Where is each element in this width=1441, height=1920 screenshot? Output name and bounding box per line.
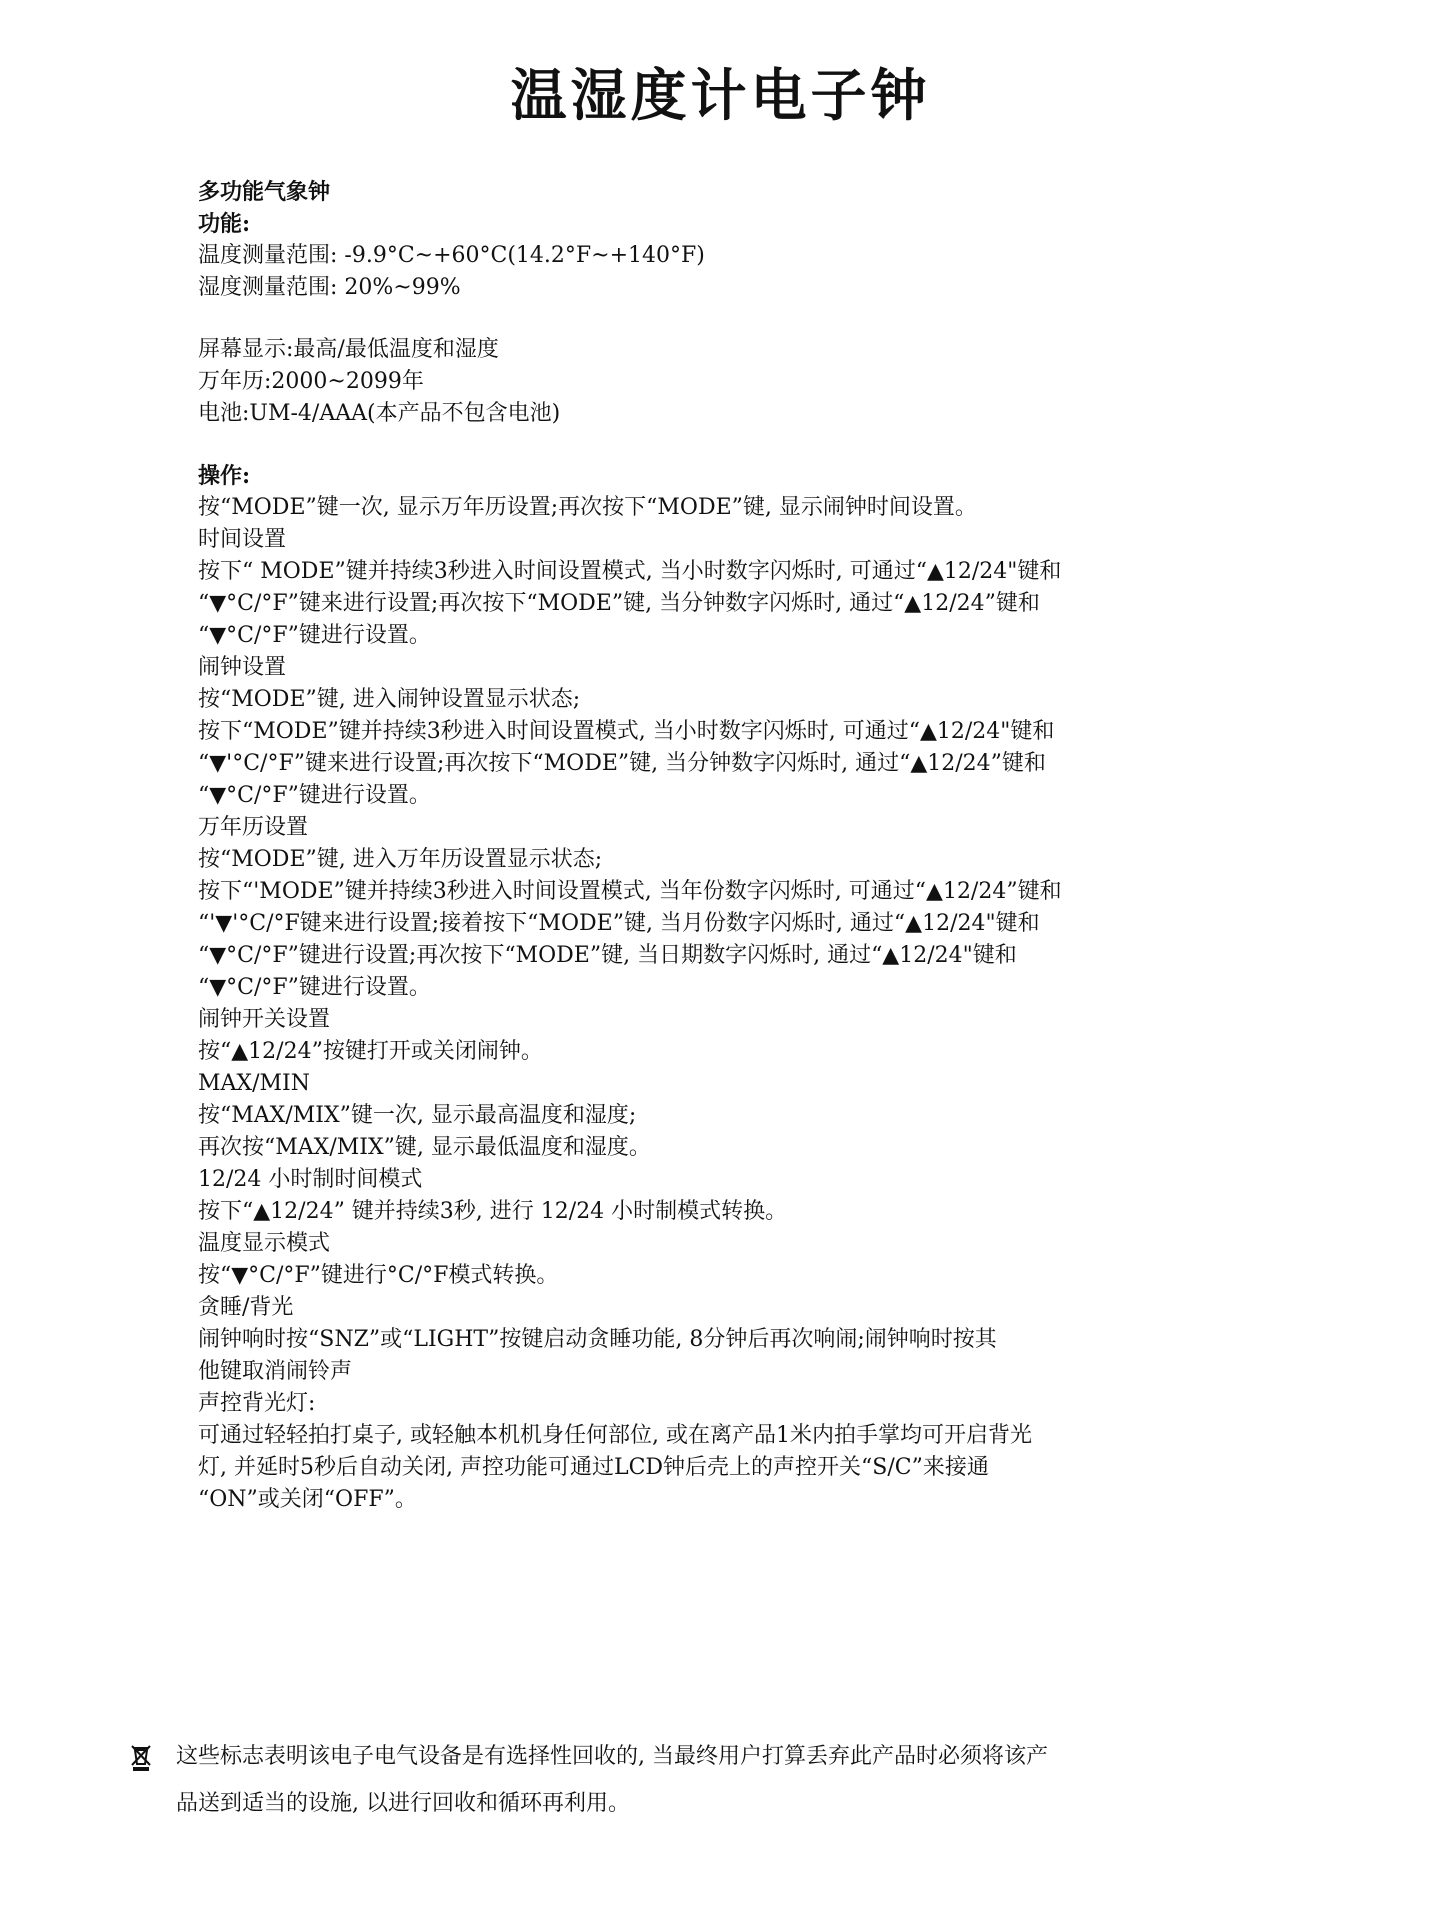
section-heading-temp-display: 温度显示模式 [198, 1228, 1278, 1260]
section-heading-alarm-setting: 闹钟设置 [198, 652, 1278, 684]
temp-range: 温度测量范围: -9.9°C~+60°C(14.2°F~+140°F) [198, 240, 1278, 272]
operation-line: 再次按“MAX/MIX”键, 显示最低温度和湿度。 [198, 1132, 1278, 1164]
document-title: 温湿度计电子钟 [0, 52, 1441, 132]
recycling-notice: 这些标志表明该电子电气设备是有选择性回收的, 当最终用户打算丢弃此产品时必须将该… [130, 1738, 1330, 1823]
operation-line: 按“MODE”键一次, 显示万年历设置;再次按下“MODE”键, 显示闹钟时间设… [198, 492, 1278, 524]
operation-line: “▼°C/°F”键进行设置。 [198, 620, 1278, 652]
section-heading-snooze-backlight: 贪睡/背光 [198, 1292, 1278, 1324]
product-name: 多功能气象钟 [198, 176, 1278, 208]
operation-line: 按“▼°C/°F”键进行°C/°F模式转换。 [198, 1260, 1278, 1292]
operation-line: “▼°C/°F”键来进行设置;再次按下“MODE”键, 当分钟数字闪烁时, 通过… [198, 588, 1278, 620]
operation-line: 闹钟响时按“SNZ”或“LIGHT”按键启动贪睡功能, 8分钟后再次响闹;闹钟响… [198, 1324, 1278, 1356]
operation-line: “'▼'°C/°F键来进行设置;接着按下“MODE”键, 当月份数字闪烁时, 通… [198, 908, 1278, 940]
operation-line: 按“▲12/24”按键打开或关闭闹钟。 [198, 1036, 1278, 1068]
section-heading-alarm-switch: 闹钟开关设置 [198, 1004, 1278, 1036]
operation-line: 按“MODE”键, 进入万年历设置显示状态; [198, 844, 1278, 876]
section-heading-time-setting: 时间设置 [198, 524, 1278, 556]
operation-line: “▼°C/°F”键进行设置;再次按下“MODE”键, 当日期数字闪烁时, 通过“… [198, 940, 1278, 972]
operation-line: 按“MODE”键, 进入闹钟设置显示状态; [198, 684, 1278, 716]
document-body: 多功能气象钟 功能: 温度测量范围: -9.9°C~+60°C(14.2°F~+… [198, 176, 1278, 1516]
operation-line: 按下“ MODE”键并持续3秒进入时间设置模式, 当小时数字闪烁时, 可通过“▲… [198, 556, 1278, 588]
operation-line: 按下“▲12/24” 键并持续3秒, 进行 12/24 小时制模式转换。 [198, 1196, 1278, 1228]
operation-line: 灯, 并延时5秒后自动关闭, 声控功能可通过LCD钟后壳上的声控开关“S/C”来… [198, 1452, 1278, 1484]
operation-heading: 操作: [198, 460, 1278, 492]
recycling-text-line2: 品送到适当的设施, 以进行回收和循环再利用。 [130, 1785, 1330, 1823]
operation-line: “▼°C/°F”键进行设置。 [198, 780, 1278, 812]
operation-line: “ON”或关闭“OFF”。 [198, 1484, 1278, 1516]
spec-display: 屏幕显示:最高/最低温度和湿度 [198, 334, 1278, 366]
operation-line: “▼°C/°F”键进行设置。 [198, 972, 1278, 1004]
operation-line: “▼'°C/°F”键来进行设置;再次按下“MODE”键, 当分钟数字闪烁时, 通… [198, 748, 1278, 780]
operation-line: 他键取消闹铃声 [198, 1356, 1278, 1388]
spec-calendar: 万年历:2000~2099年 [198, 366, 1278, 398]
recycling-text-line1: 这些标志表明该电子电气设备是有选择性回收的, 当最终用户打算丢弃此产品时必须将该… [176, 1738, 1048, 1785]
functions-label: 功能: [198, 208, 1278, 240]
humidity-range: 湿度测量范围: 20%~99% [198, 272, 1278, 304]
operation-line: 可通过轻轻拍打桌子, 或轻触本机机身任何部位, 或在离产品1米内拍手掌均可开启背… [198, 1420, 1278, 1452]
weee-crossed-bin-icon [130, 1738, 176, 1785]
section-heading-max-min: MAX/MIN [198, 1068, 1278, 1100]
spec-battery: 电池:UM-4/AAA(本产品不包含电池) [198, 398, 1278, 430]
operation-line: 按下“MODE”键并持续3秒进入时间设置模式, 当小时数字闪烁时, 可通过“▲1… [198, 716, 1278, 748]
section-heading-calendar-setting: 万年历设置 [198, 812, 1278, 844]
section-heading-12-24-mode: 12/24 小时制时间模式 [198, 1164, 1278, 1196]
operation-line: 按下“'MODE”键并持续3秒进入时间设置模式, 当年份数字闪烁时, 可通过“▲… [198, 876, 1278, 908]
operation-line: 按“MAX/MIX”键一次, 显示最高温度和湿度; [198, 1100, 1278, 1132]
section-heading-voice-backlight: 声控背光灯: [198, 1388, 1278, 1420]
